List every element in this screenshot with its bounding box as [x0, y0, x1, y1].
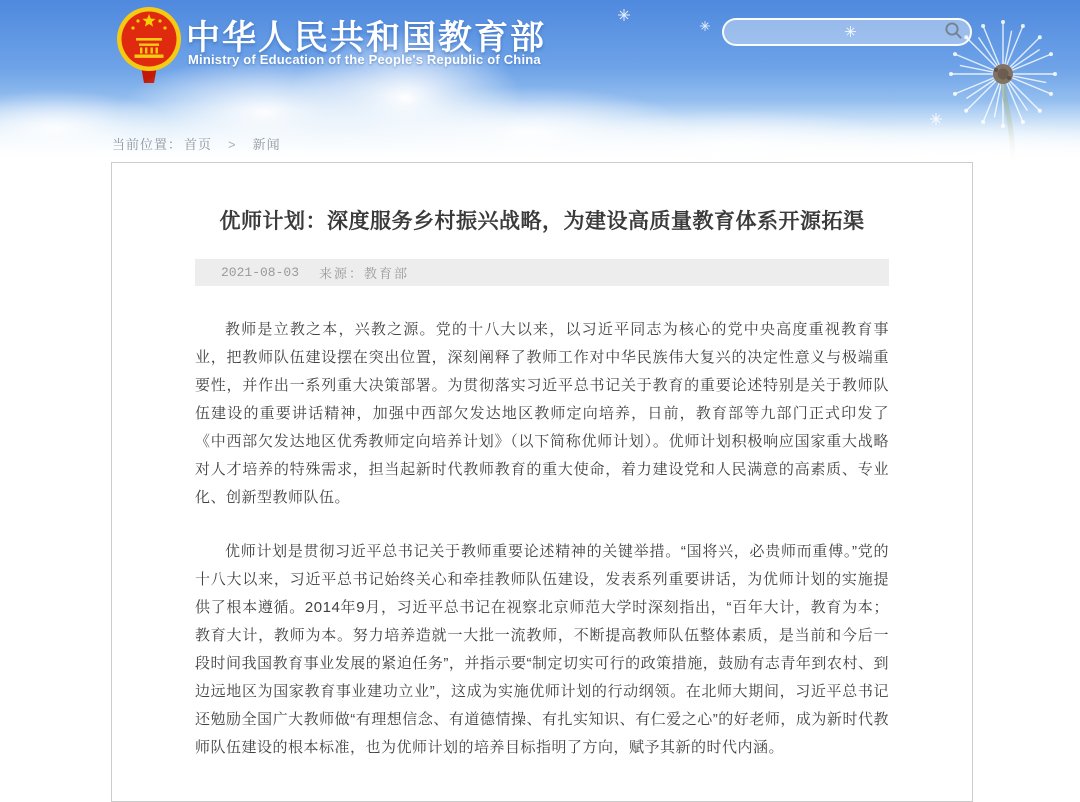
breadcrumb-label: 当前位置： [112, 137, 182, 152]
breadcrumb: 当前位置：首页>新闻 [112, 134, 281, 153]
floating-seed-icon [700, 18, 710, 36]
breadcrumb-link-news[interactable]: 新闻 [253, 137, 281, 152]
article-title: 优师计划：深度服务乡村振兴战略，为建设高质量教育体系开源拓渠 [112, 205, 972, 235]
article-paragraph: 优师计划是贯彻习近平总书记关于教师重要论述精神的关键举措。“国将兴，必贵师而重傅… [195, 538, 889, 733]
article-source: 来源：教育部 [319, 263, 409, 282]
article-meta-bar: 2021-08-03 来源：教育部 [195, 259, 889, 286]
breadcrumb-link-home[interactable]: 首页 [184, 137, 212, 152]
national-emblem-logo[interactable] [116, 6, 182, 89]
site-header: 中华人民共和国教育部 Ministry of Education of the … [0, 0, 1080, 162]
article-date: 2021-08-03 [221, 265, 299, 280]
search-input[interactable] [724, 25, 944, 40]
site-subtitle-english: Ministry of Education of the People's Re… [188, 52, 541, 67]
article-card: 优师计划：深度服务乡村振兴战略，为建设高质量教育体系开源拓渠 2021-08-0… [111, 162, 973, 733]
search-icon [944, 21, 963, 43]
article-source-label: 来源： [319, 267, 364, 282]
search-bar[interactable] [722, 18, 972, 46]
floating-seed-icon [618, 8, 630, 26]
breadcrumb-separator: > [228, 137, 237, 152]
search-button[interactable] [944, 20, 970, 44]
article-paragraph: 教师是立教之本，兴教之源。党的十八大以来，以习近平同志为核心的党中央高度重视教育… [195, 316, 889, 512]
article-body: 教师是立教之本，兴教之源。党的十八大以来，以习近平同志为核心的党中央高度重视教育… [195, 316, 889, 733]
floating-seed-icon [930, 112, 942, 130]
article-source-value: 教育部 [364, 267, 409, 282]
